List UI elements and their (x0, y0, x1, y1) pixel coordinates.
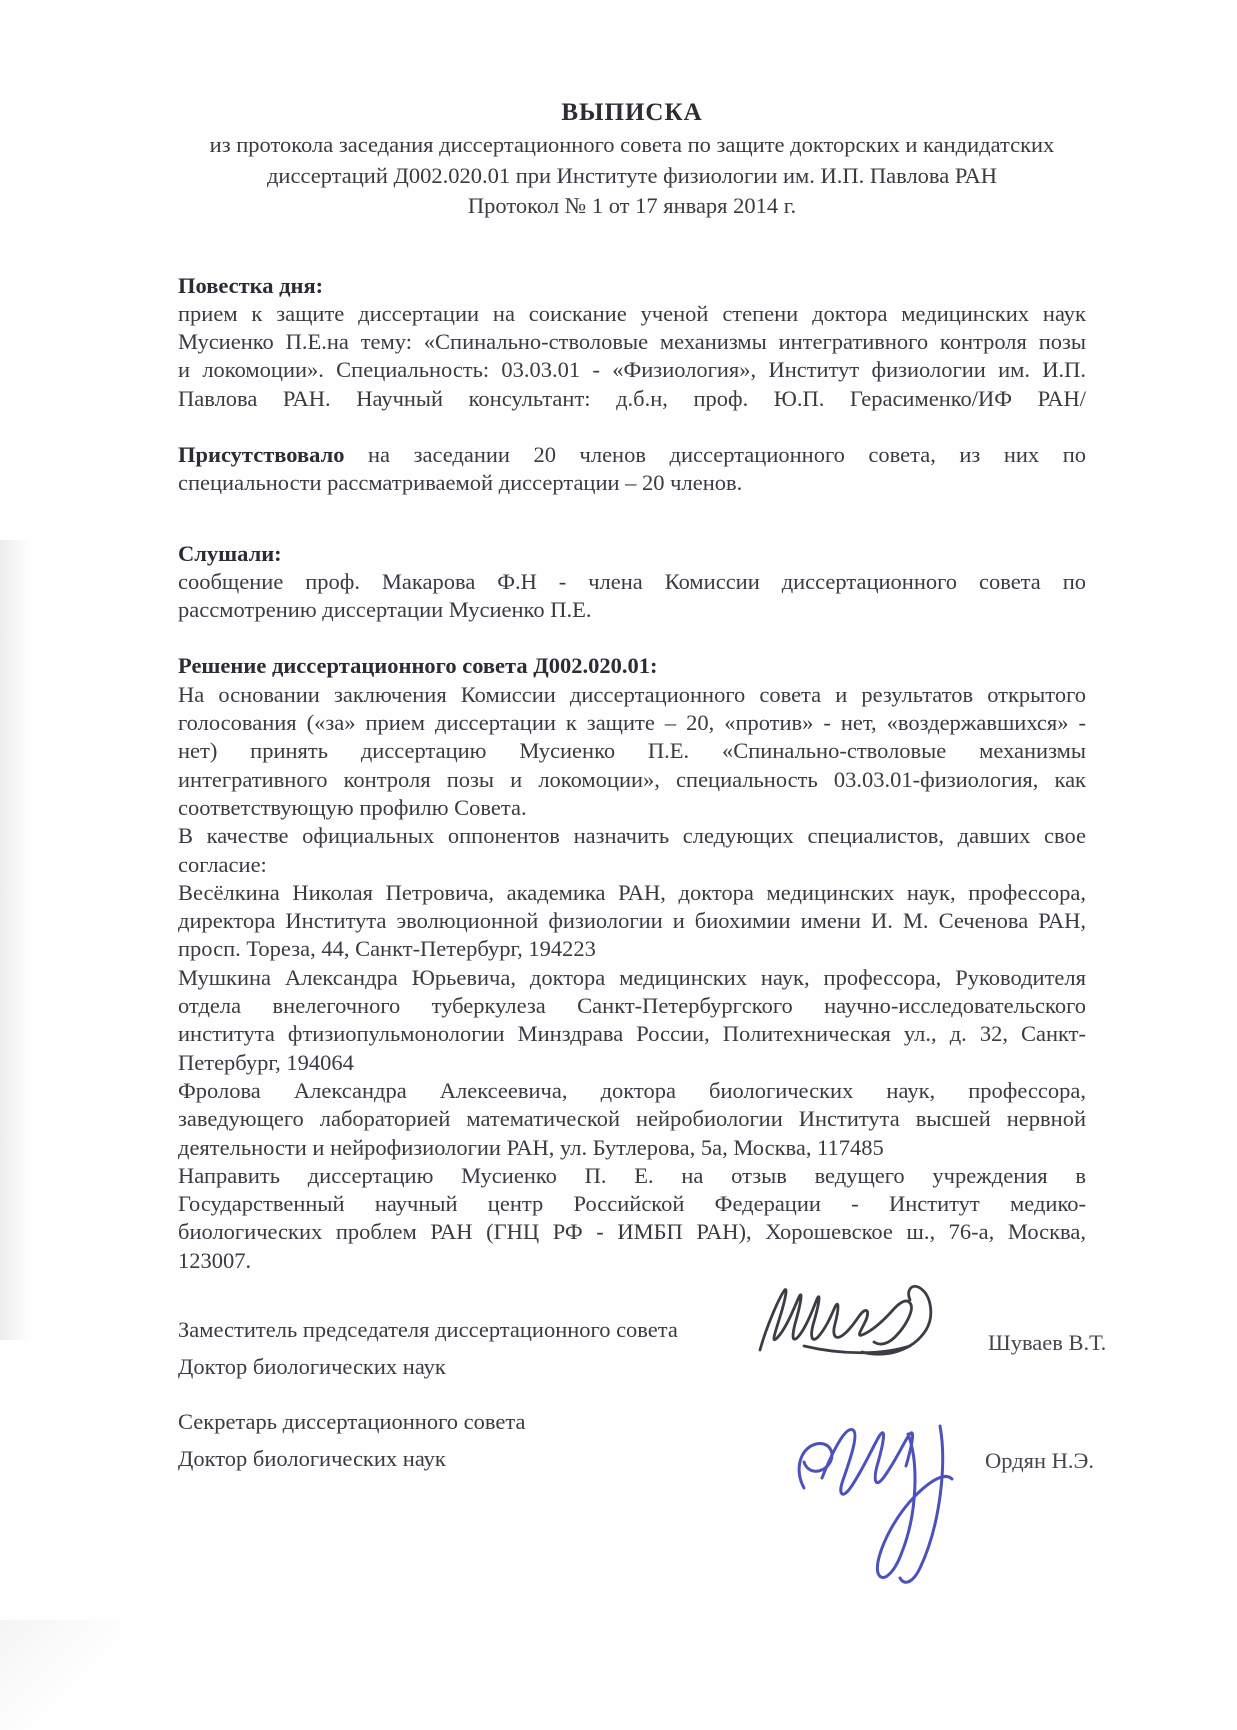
text-line: биологических проблем РАН (ГНЦ РФ - ИМБП… (178, 1218, 1086, 1246)
text-line: института фтизиопульмонологии Минздрава … (178, 1020, 1086, 1048)
text-line: 123007. (178, 1247, 1086, 1275)
text-line: Государственный научный центр Российской… (178, 1190, 1086, 1218)
scan-edge-artifact (0, 540, 30, 1340)
heard-heading: Слушали: (178, 540, 1086, 568)
subtitle-line: диссертаций Д002.020.01 при Институте фи… (178, 161, 1086, 192)
document-title: ВЫПИСКА (178, 98, 1086, 128)
text-line: прием к защите диссертации на соискание … (178, 300, 1086, 328)
text-line: голосования («за» прием диссертации к за… (178, 709, 1086, 737)
text-line: Весёлкина Николая Петровича, академика Р… (178, 879, 1086, 907)
text-line: Петербург, 194064 (178, 1049, 1086, 1077)
text-line: Фролова Александра Алексеевича, доктора … (178, 1077, 1086, 1105)
text-line: и локомоции». Специальность: 03.03.01 - … (178, 356, 1086, 384)
text-line: В качестве официальных оппонентов назнач… (178, 822, 1086, 850)
text-line: нет) принять диссертацию Мусиенко П.Е. «… (178, 737, 1086, 765)
protocol-number-line: Протокол № 1 от 17 января 2014 г. (178, 191, 1086, 222)
signature-role-line: Доктор биологических наук (178, 1349, 818, 1386)
heard-section: Слушали: сообщение проф. Макарова Ф.Н - … (178, 540, 1086, 625)
text-line: Направить диссертацию Мусиенко П. Е. на … (178, 1162, 1086, 1190)
scan-corner-artifact (0, 1620, 120, 1730)
scanned-document-page: ВЫПИСКА из протокола заседания диссертац… (0, 0, 1237, 1730)
text-line: директора Института эволюционной физиоло… (178, 907, 1086, 935)
text-line: Мушкина Александра Юрьевича, доктора мед… (178, 964, 1086, 992)
signature-role-line: Секретарь диссертационного совета (178, 1404, 818, 1441)
text-line: Павлова РАН. Научный консультант: д.б.н,… (178, 385, 1086, 413)
subtitle-line: из протокола заседания диссертационного … (178, 130, 1086, 161)
agenda-heading: Повестка дня: (178, 272, 1086, 300)
signature-handwriting-ordyan (788, 1392, 1006, 1600)
signature-name: Ордян Н.Э. (985, 1448, 1094, 1474)
signature-block-secretary: Секретарь диссертационного совета Доктор… (178, 1404, 818, 1477)
text-line: соответствующую профилю Совета. (178, 794, 1086, 822)
text-line: На основании заключения Комиссии диссерт… (178, 681, 1086, 709)
text-line: деятельности и нейрофизиологии РАН, ул. … (178, 1134, 1086, 1162)
signature-role-line: Заместитель председателя диссертационног… (178, 1312, 818, 1349)
agenda-section: Повестка дня: прием к защите диссертации… (178, 272, 1086, 413)
signature-role-line: Доктор биологических наук (178, 1441, 818, 1478)
attendance-lead: Присутствовало (178, 442, 344, 467)
text-line: просп. Тореза, 44, Санкт-Петербург, 1942… (178, 935, 1086, 963)
decision-section: Решение диссертационного совета Д002.020… (178, 652, 1086, 1275)
signature-name: Шуваев В.Т. (988, 1330, 1106, 1356)
text-line: интегративного контроля позы и локомоции… (178, 766, 1086, 794)
attendance-section: Присутствовало на заседании 20 членов ди… (178, 441, 1086, 498)
text-line: Мусиенко П.Е.на тему: «Спинально-стволов… (178, 328, 1086, 356)
text-line: рассмотрению диссертации Мусиенко П.Е. (178, 596, 1086, 624)
text-line: Присутствовало на заседании 20 членов ди… (178, 441, 1086, 469)
text-line: согласие: (178, 851, 1086, 879)
attendance-rest: на заседании 20 членов диссертационного … (368, 442, 1086, 467)
signature-block-deputy-chair: Заместитель председателя диссертационног… (178, 1312, 818, 1385)
text-line: отдела внелегочного туберкулеза Санкт-Пе… (178, 992, 1086, 1020)
decision-heading: Решение диссертационного совета Д002.020… (178, 652, 1086, 680)
document-subtitle-block: из протокола заседания диссертационного … (178, 130, 1086, 222)
document-body: ВЫПИСКА из протокола заседания диссертац… (178, 0, 1086, 1275)
text-line: заведующего лабораторией математической … (178, 1105, 1086, 1133)
text-line: специальности рассматриваемой диссертаци… (178, 469, 1086, 497)
signature-handwriting-shuvaev (752, 1276, 957, 1374)
text-line: сообщение проф. Макарова Ф.Н - члена Ком… (178, 568, 1086, 596)
